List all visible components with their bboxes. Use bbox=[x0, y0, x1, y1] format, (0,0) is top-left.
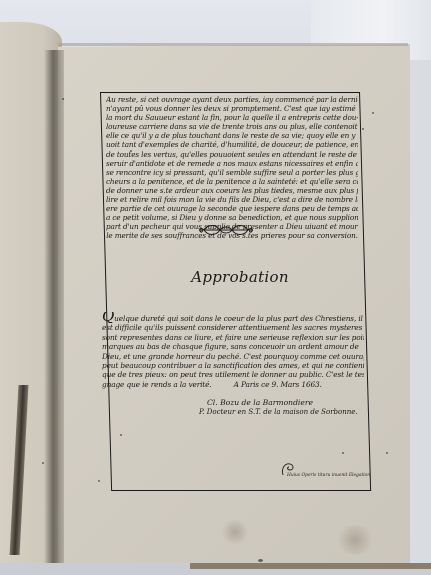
paper-speck bbox=[258, 559, 263, 562]
paper-speck bbox=[62, 98, 64, 100]
text-line: de toutes les vertus, qu'elles pouuoient… bbox=[106, 150, 358, 159]
text-line: se rencontre icy si pressant, qu'il semb… bbox=[106, 168, 358, 177]
paper-stain bbox=[220, 520, 250, 544]
text-line: Quelque dureté qui soit dans le coeur de… bbox=[102, 312, 364, 323]
approbation-title: Approbation bbox=[191, 268, 289, 286]
text-line: lire et relire mil fois mon la vie du fi… bbox=[106, 195, 358, 204]
text-line: que de tres pieux: on peut tres utilemen… bbox=[102, 370, 364, 379]
scroll-ornament-icon bbox=[198, 221, 254, 239]
paper-speck bbox=[362, 128, 364, 130]
page-top-edge bbox=[58, 43, 408, 46]
paper-speck bbox=[386, 452, 388, 454]
engraver-imprint: Huius Operis tituru inuenit Elegation bbox=[287, 473, 370, 478]
text-line: est difficile qu'ils puissent considerer… bbox=[102, 323, 364, 332]
upper-text-block: Au reste, si cet ouvrage ayant deux part… bbox=[106, 95, 358, 241]
signer-name: Cl. Bozu de la Barmondiere bbox=[207, 398, 358, 408]
text-line: elle ce qu'il y a de plus touchant dans … bbox=[106, 131, 358, 140]
text-line: ere partie de cet ouurage la seconde que… bbox=[106, 204, 358, 213]
text-line-content: gnage que ie rends a la verité. bbox=[102, 380, 212, 389]
text-line: peut beaucoup contribuer a la sanctifica… bbox=[102, 361, 364, 370]
text-line: cheurs a la penitence, et de la penitenc… bbox=[106, 177, 358, 186]
approbation-heading: Approbation bbox=[170, 268, 310, 286]
text-line: sont representes dans ce liure, et faire… bbox=[102, 333, 364, 342]
approbation-text-block: Quelque dureté qui soit dans le coeur de… bbox=[102, 312, 364, 389]
place-date: A Paris ce 9. Mars 1663. bbox=[234, 380, 322, 389]
drop-cap: Q bbox=[102, 312, 114, 323]
text-line: gnage que ie rends a la verité.A Paris c… bbox=[102, 380, 364, 389]
paper-speck bbox=[42, 462, 44, 464]
text-line: seruir d'antidote et de remede a nos mau… bbox=[106, 159, 358, 168]
text-line: Au reste, si cet ouvrage ayant deux part… bbox=[106, 95, 358, 104]
page-gutter bbox=[44, 50, 64, 565]
book-cover-edge bbox=[190, 563, 431, 569]
text-line: n'ayant pû vous donner les deux si promp… bbox=[106, 104, 358, 113]
text-line: marques au bas de chasque figure, sans c… bbox=[102, 342, 364, 351]
text-line: Dieu, et une grande horreur du peché. C'… bbox=[102, 352, 364, 361]
table-surface bbox=[0, 563, 431, 575]
paper-speck bbox=[98, 480, 100, 482]
signature-block: Cl. Bozu de la Barmondiere P. Docteur en… bbox=[207, 398, 358, 417]
text-line: uoit tant d'exemples de charité, d'humil… bbox=[106, 140, 358, 149]
signer-title: P. Docteur en S.T. de la maison de Sorbo… bbox=[199, 408, 358, 418]
text-line: de donner une s.te ardeur aux coeurs les… bbox=[106, 186, 358, 195]
paper-stain bbox=[335, 525, 375, 555]
text-line: la mort du Sauueur estant la fin, pour l… bbox=[106, 113, 358, 122]
text-line: loureuse carriere dans sa vie de trente … bbox=[106, 122, 358, 131]
text-line-content: uelque dureté qui soit dans le coeur de … bbox=[114, 314, 363, 323]
paper-speck bbox=[372, 112, 374, 114]
